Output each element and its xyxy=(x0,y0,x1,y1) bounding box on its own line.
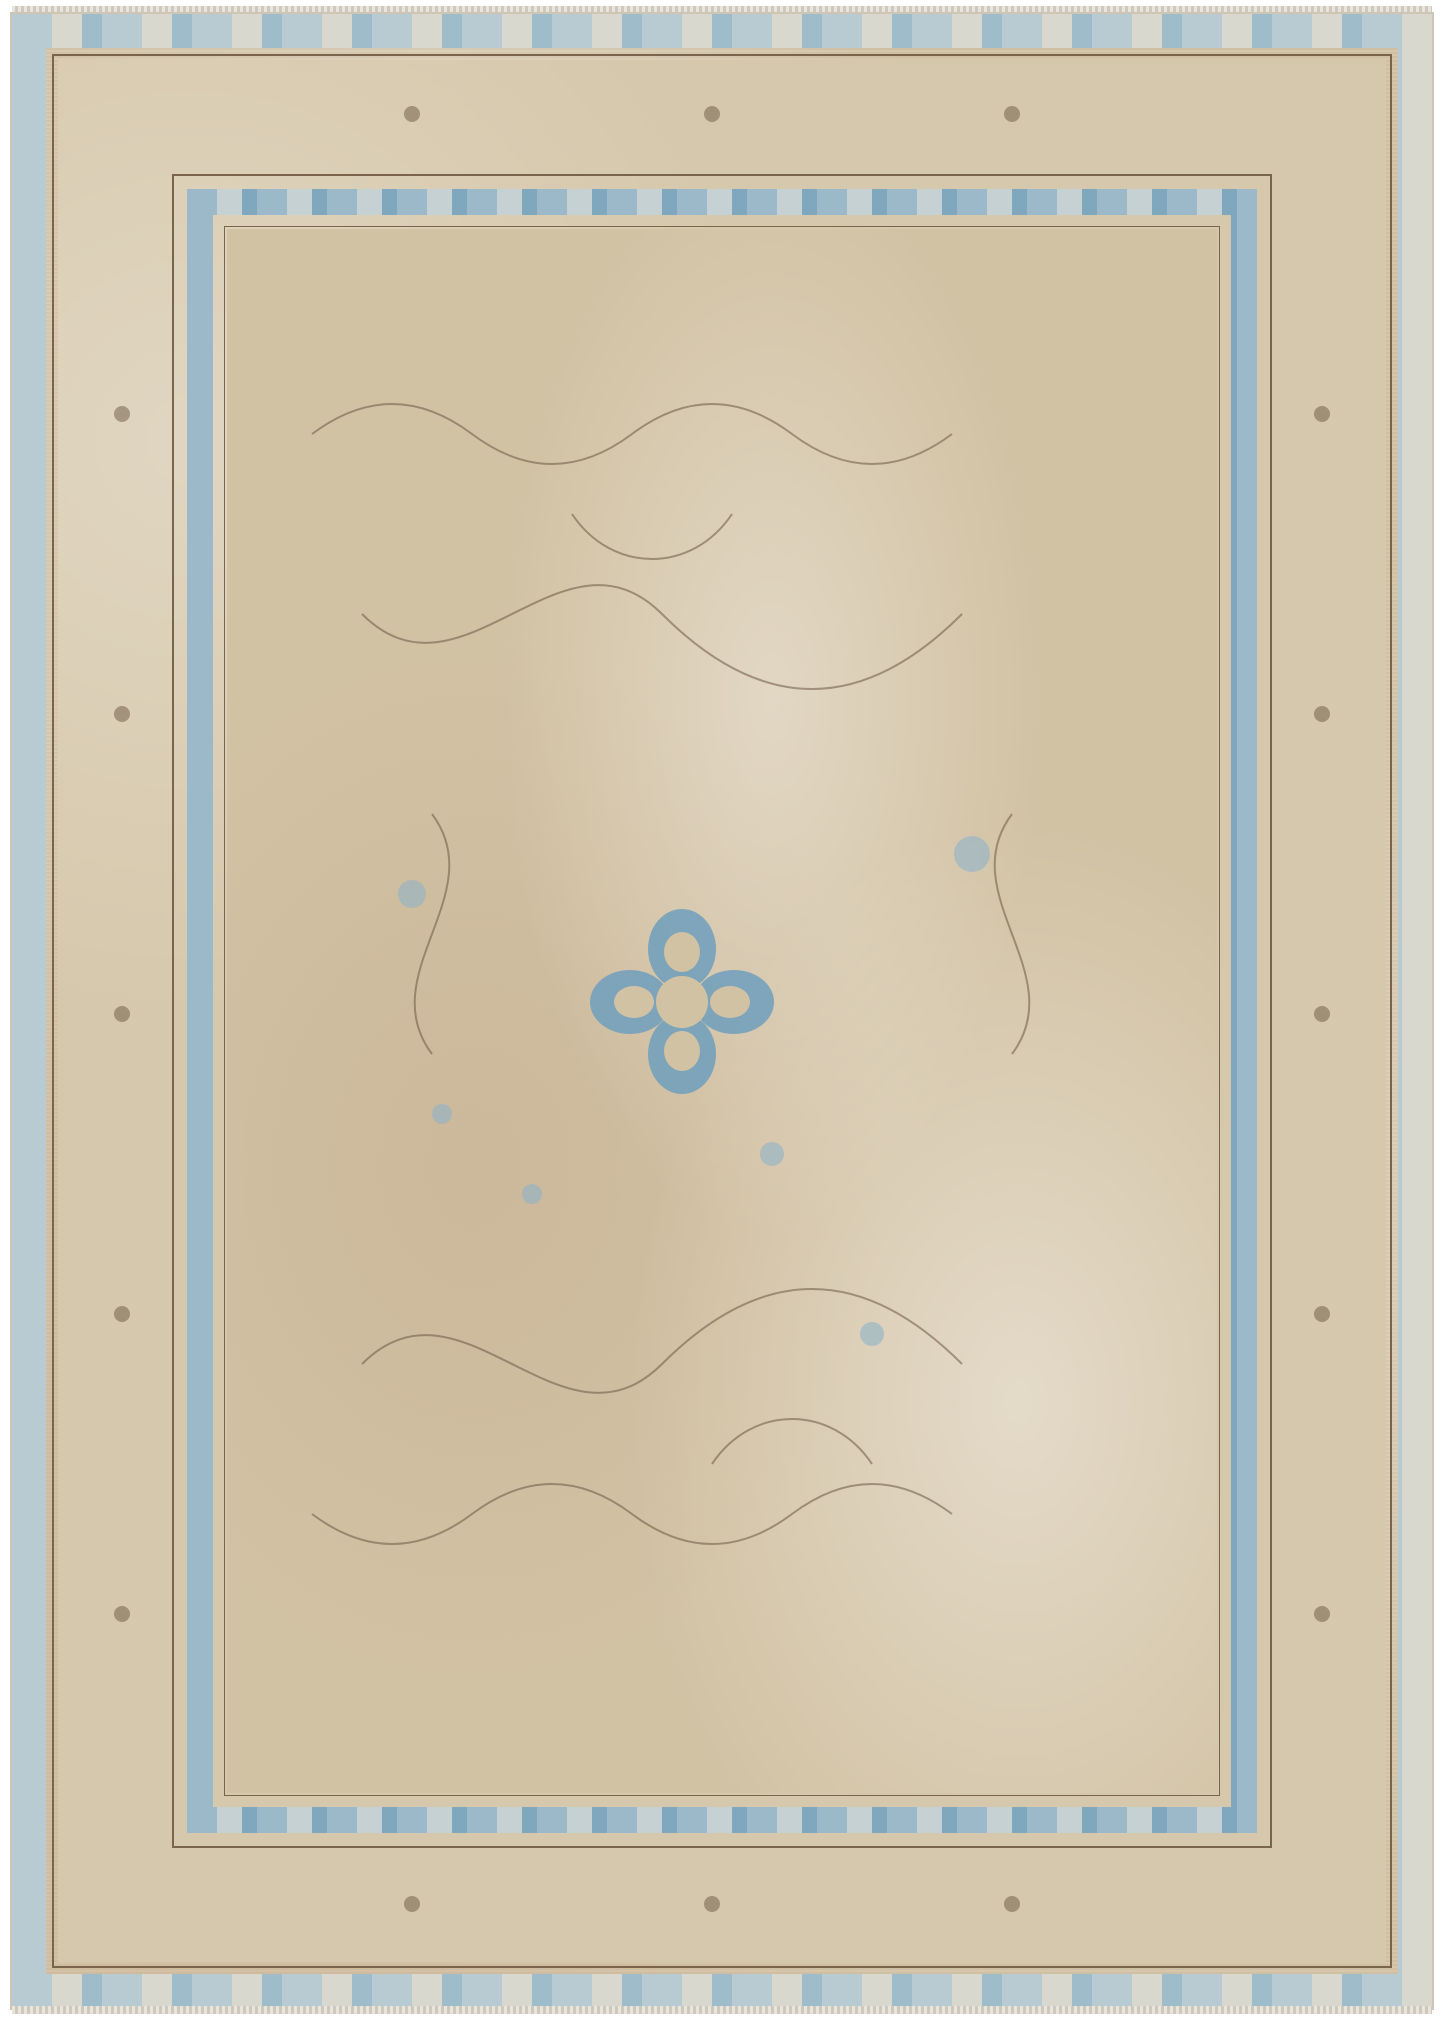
rug-fringe-bottom xyxy=(12,2006,1432,2014)
rug xyxy=(12,14,1432,2008)
rug-pattern-overlay xyxy=(12,14,1432,2008)
rug-fringe-top xyxy=(12,6,1432,14)
medallion-centers xyxy=(614,932,750,1071)
